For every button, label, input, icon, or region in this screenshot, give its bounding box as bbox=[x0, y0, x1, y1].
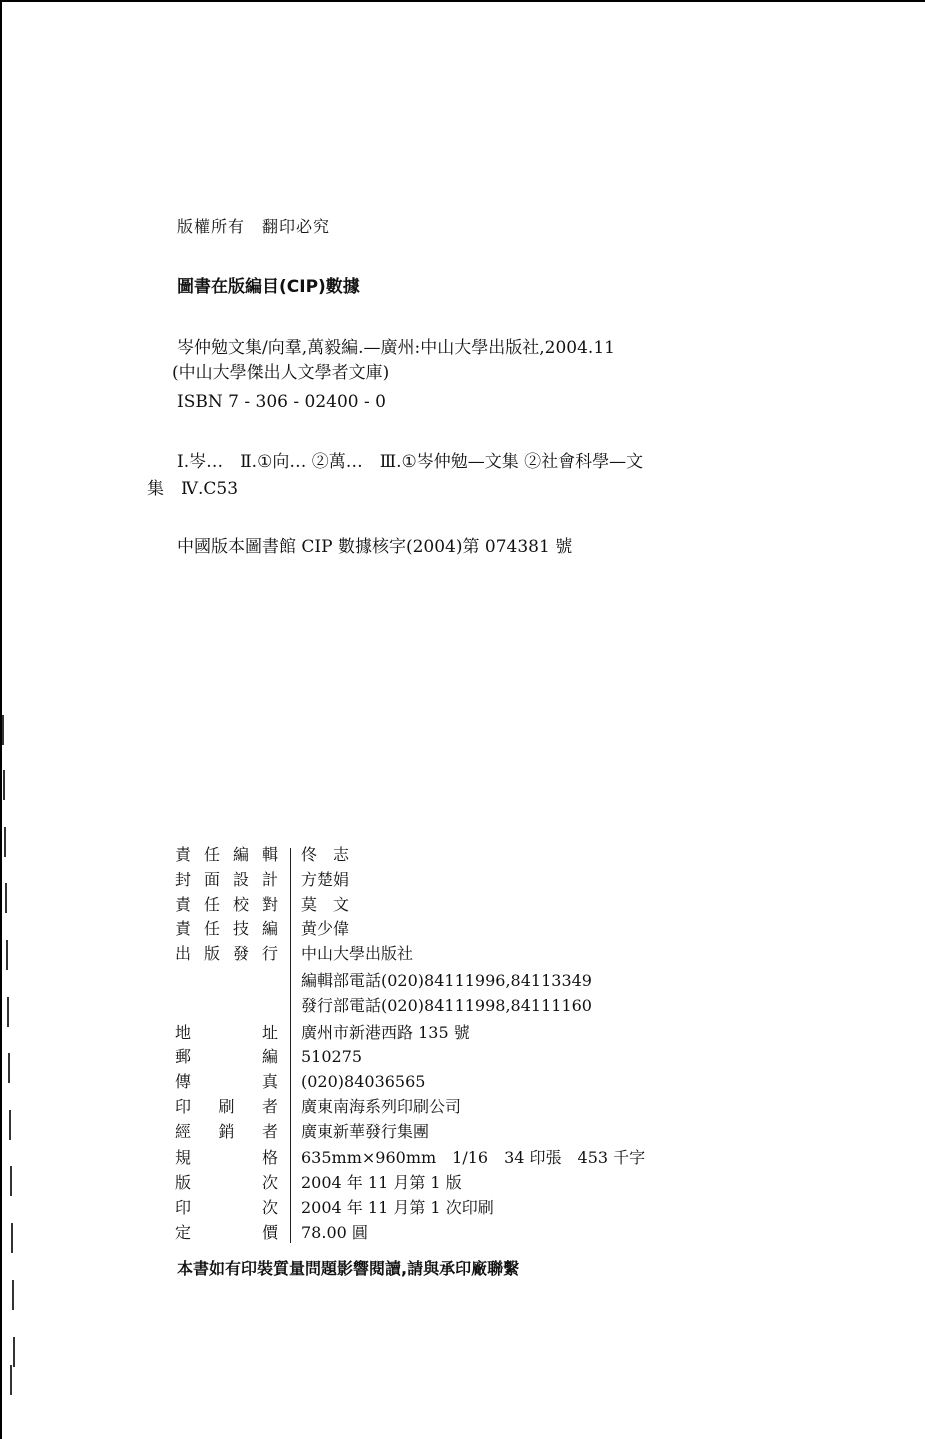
colophon-value: 黄少偉 bbox=[301, 917, 349, 941]
colophon-label-char: 出 bbox=[175, 942, 191, 966]
colophon-value: 廣東南海系列印刷公司 bbox=[301, 1095, 461, 1119]
colophon-label-char: 格 bbox=[262, 1146, 278, 1170]
edge-tick-mark bbox=[3, 770, 5, 800]
colophon-label-char: 地 bbox=[175, 1021, 191, 1045]
colophon-label: 責任校對 bbox=[175, 893, 278, 917]
colophon-value: 方楚娟 bbox=[301, 868, 349, 892]
colophon-label-char: 任 bbox=[204, 843, 220, 867]
edge-tick-mark bbox=[13, 1337, 15, 1367]
colophon-label-char: 次 bbox=[262, 1196, 278, 1220]
colophon-label-char: 任 bbox=[204, 893, 220, 917]
colophon-label: 經銷者 bbox=[175, 1120, 278, 1144]
colophon-value: 2004 年 11 月第 1 版 bbox=[301, 1171, 462, 1195]
colophon-label-char: 址 bbox=[262, 1021, 278, 1045]
colophon-label-char: 責 bbox=[175, 893, 191, 917]
cip-heading: 圖書在版編目(CIP)數據 bbox=[177, 276, 360, 298]
edge-tick-mark bbox=[9, 1110, 11, 1140]
cip-subject-line-1: Ⅰ.岑… Ⅱ.①向… ②萬… Ⅲ.①岑仲勉—文集 ②社會科學—文 bbox=[177, 451, 643, 473]
edge-tick-mark bbox=[12, 1280, 14, 1310]
edge-tick-mark bbox=[8, 1053, 10, 1083]
colophon-label-char: 印 bbox=[175, 1196, 191, 1220]
colophon-label: 規格 bbox=[175, 1146, 278, 1170]
colophon-label-char: 計 bbox=[262, 868, 278, 892]
page-border-top bbox=[0, 0, 925, 2]
cip-approval-number: 中國版本圖書館 CIP 數據核字(2004)第 074381 號 bbox=[177, 536, 572, 558]
edge-tick-mark bbox=[4, 827, 6, 857]
edge-tick-mark bbox=[10, 1166, 12, 1196]
isbn-line: ISBN 7 - 306 - 02400 - 0 bbox=[177, 391, 386, 413]
edge-tick-mark bbox=[5, 883, 7, 913]
colophon-label: 責任技編 bbox=[175, 917, 278, 941]
colophon-label-char: 郵 bbox=[175, 1045, 191, 1069]
colophon-value: 78.00 圓 bbox=[301, 1221, 368, 1245]
edge-tick-mark bbox=[2, 715, 4, 745]
colophon-label-char: 者 bbox=[262, 1095, 278, 1119]
copyright-notice: 版權所有 翻印必究 bbox=[177, 216, 330, 238]
colophon-label: 責任編輯 bbox=[175, 843, 278, 867]
colophon-label-char: 版 bbox=[204, 942, 220, 966]
cip-subject-line-2: 集 Ⅳ.C53 bbox=[147, 478, 238, 500]
edge-tick-mark bbox=[6, 940, 8, 970]
colophon-label-char: 編 bbox=[233, 843, 249, 867]
colophon-label-char: 對 bbox=[262, 893, 278, 917]
edge-tick-mark bbox=[7, 997, 9, 1027]
colophon-label-char: 任 bbox=[204, 917, 220, 941]
colophon-label-char: 封 bbox=[175, 868, 191, 892]
colophon-value: 中山大學出版社 bbox=[301, 942, 413, 966]
colophon-label-char: 面 bbox=[204, 868, 220, 892]
colophon-label: 地址 bbox=[175, 1021, 278, 1045]
colophon-label-char: 真 bbox=[262, 1070, 278, 1094]
colophon-value: 2004 年 11 月第 1 次印刷 bbox=[301, 1196, 494, 1220]
colophon-label: 傳真 bbox=[175, 1070, 278, 1094]
colophon-label: 封面設計 bbox=[175, 868, 278, 892]
colophon-label-char: 規 bbox=[175, 1146, 191, 1170]
colophon-label-char: 傳 bbox=[175, 1070, 191, 1094]
colophon-value: 佟 志 bbox=[301, 843, 349, 867]
colophon-label-char: 行 bbox=[262, 942, 278, 966]
colophon-label: 定價 bbox=[175, 1221, 278, 1245]
colophon-label-char: 輯 bbox=[262, 843, 278, 867]
colophon-label-char: 編 bbox=[262, 917, 278, 941]
colophon-label-char: 次 bbox=[262, 1171, 278, 1195]
quality-notice: 本書如有印裝質量問題影響閱讀,請與承印廠聯繫 bbox=[177, 1258, 519, 1280]
colophon-value: (020)84036565 bbox=[301, 1070, 425, 1094]
colophon-value: 廣州市新港西路 135 號 bbox=[301, 1021, 470, 1045]
colophon-value: 510275 bbox=[301, 1045, 362, 1069]
colophon-label-char: 刷 bbox=[218, 1095, 234, 1119]
colophon-label-char: 經 bbox=[175, 1120, 191, 1144]
colophon-label: 印刷者 bbox=[175, 1095, 278, 1119]
colophon-label-char: 銷 bbox=[218, 1120, 234, 1144]
colophon-label-char: 編 bbox=[262, 1045, 278, 1069]
colophon-label-char: 責 bbox=[175, 843, 191, 867]
colophon-label-char: 價 bbox=[262, 1221, 278, 1245]
colophon-value: 編輯部電話(020)84111996,84113349 bbox=[301, 969, 592, 993]
colophon-label-char: 發 bbox=[233, 942, 249, 966]
colophon-label-char: 設 bbox=[233, 868, 249, 892]
colophon-label-char: 技 bbox=[233, 917, 249, 941]
colophon-label-char: 者 bbox=[262, 1120, 278, 1144]
edge-tick-mark bbox=[10, 1365, 12, 1395]
colophon-value: 發行部電話(020)84111998,84111160 bbox=[301, 994, 592, 1018]
colophon-label: 出版發行 bbox=[175, 942, 278, 966]
colophon-value: 廣東新華發行集團 bbox=[301, 1120, 429, 1144]
cip-record-line-1: 岑仲勉文集/向羣,萬毅編.—廣州:中山大學出版社,2004.11 bbox=[177, 337, 615, 359]
edge-tick-mark bbox=[11, 1223, 13, 1253]
colophon-label: 郵編 bbox=[175, 1045, 278, 1069]
colophon-label: 版次 bbox=[175, 1171, 278, 1195]
colophon-label-char: 校 bbox=[233, 893, 249, 917]
colophon-label-char: 定 bbox=[175, 1221, 191, 1245]
colophon-label-char: 版 bbox=[175, 1171, 191, 1195]
colophon-label-char: 印 bbox=[175, 1095, 191, 1119]
colophon-label-char: 責 bbox=[175, 917, 191, 941]
cip-record-line-2: (中山大學傑出人文學者文庫) bbox=[172, 362, 389, 384]
colophon-value: 635mm×960mm 1/16 34 印張 453 千字 bbox=[301, 1146, 645, 1170]
colophon-label: 印次 bbox=[175, 1196, 278, 1220]
colophon-value: 莫 文 bbox=[301, 893, 349, 917]
colophon-divider bbox=[290, 848, 291, 1243]
